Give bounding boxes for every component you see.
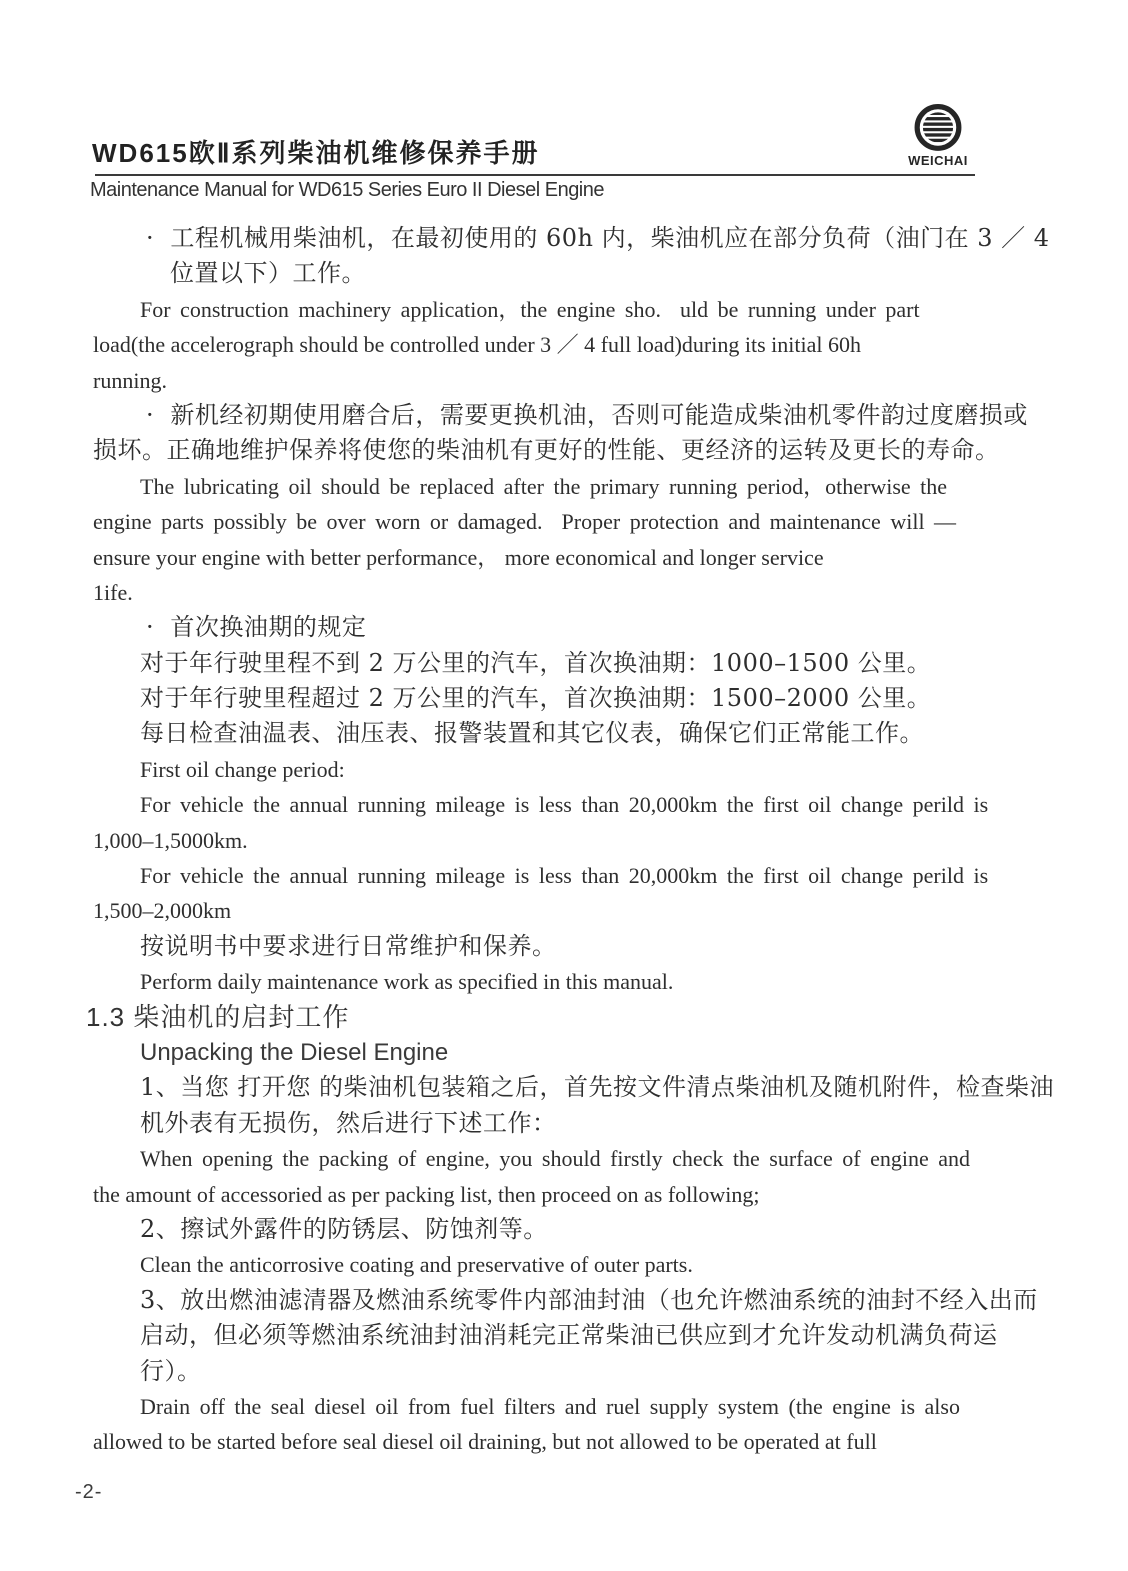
text-line: 每日检查油温表、油压表、报警装置和其它仪表，确保它们正常能工作。 [140, 716, 977, 751]
text-line: 1.3 柴油机的启封工作 [86, 1000, 977, 1035]
weichai-logo-text: WEICHAI [906, 153, 970, 168]
text-line: The lubricating oil should be replaced a… [140, 469, 977, 504]
manual-page: WD615欧Ⅱ系列柴油机维修保养手册 WEICHAI Maintenance M… [0, 0, 1128, 1571]
page-title: WD615欧Ⅱ系列柴油机维修保养手册 [92, 133, 540, 170]
text-line: load(the accelerograph should be control… [93, 327, 977, 362]
text-line: the amount of accessoried as per packing… [93, 1177, 977, 1212]
text-line: · 首次换油期的规定 [146, 610, 977, 645]
text-line: 1,000–1,5000km. [93, 823, 977, 858]
text-line: Perform daily maintenance work as specif… [140, 964, 977, 999]
text-line: 1、当您 打开您 的柴油机包装箱之后，首先按文件清点柴油机及随机附件，检查柴油 [140, 1070, 977, 1105]
text-line: 机外表有无损伤，然后进行下述工作： [140, 1106, 977, 1141]
text-line: For vehicle the annual running mileage i… [140, 858, 977, 893]
text-line: 按说明书中要求进行日常维护和保养。 [140, 929, 977, 964]
text-line: 3、放出燃油滤清器及燃油系统零件内部油封油（也允许燃油系统的油封不经入出而 [140, 1283, 977, 1318]
text-line: allowed to be started before seal diesel… [93, 1424, 977, 1459]
text-line: 对于年行驶里程不到 2 万公里的汽车，首次换油期：1000–1500 公里。 [140, 646, 977, 681]
text-line: When opening the packing of engine, you … [140, 1141, 977, 1176]
page-subtitle: Maintenance Manual for WD615 Series Euro… [90, 179, 604, 202]
text-line: · 新机经初期使用磨合后，需要更换机油，否则可能造成柴油机零件韵过度磨损或 [146, 398, 977, 433]
text-line: First oil change period: [140, 752, 977, 787]
text-line: Clean the anticorrosive coating and pres… [140, 1247, 977, 1282]
text-line: 损坏。正确地维护保养将使您的柴油机有更好的性能、更经济的运转及更长的寿命。 [93, 433, 977, 468]
text-line: Drain off the seal diesel oil from fuel … [140, 1389, 977, 1424]
weichai-logo-icon [913, 103, 963, 153]
text-line: For vehicle the annual running mileage i… [140, 787, 977, 822]
text-line: · 工程机械用柴油机，在最初使用的 60h 内，柴油机应在部分负荷（油门在 3 … [146, 221, 977, 256]
text-line: 启动，但必须等燃油系统油封油消耗完正常柴油已供应到才允许发动机满负荷运 [140, 1318, 977, 1353]
page-number: -2- [75, 1481, 102, 1504]
text-line: ensure your engine with better performan… [93, 540, 977, 575]
text-line: 行）。 [140, 1354, 977, 1389]
text-line: 对于年行驶里程超过 2 万公里的汽车，首次换油期：1500–2000 公里。 [140, 681, 977, 716]
text-line: 1ife. [93, 575, 977, 610]
text-line: running. [93, 363, 977, 398]
text-line: Unpacking the Diesel Engine [140, 1035, 977, 1070]
text-line: 2、擦试外露件的防锈层、防蚀剂等。 [140, 1212, 977, 1247]
document-body: · 工程机械用柴油机，在最初使用的 60h 内，柴油机应在部分负荷（油门在 3 … [93, 221, 977, 1460]
text-line: 1,500–2,000km [93, 893, 977, 928]
text-line: engine parts possibly be over worn or da… [93, 504, 977, 539]
text-line: For construction machinery application，t… [140, 292, 977, 327]
header-divider [95, 174, 975, 176]
text-line: 位置以下）工作。 [170, 256, 977, 291]
